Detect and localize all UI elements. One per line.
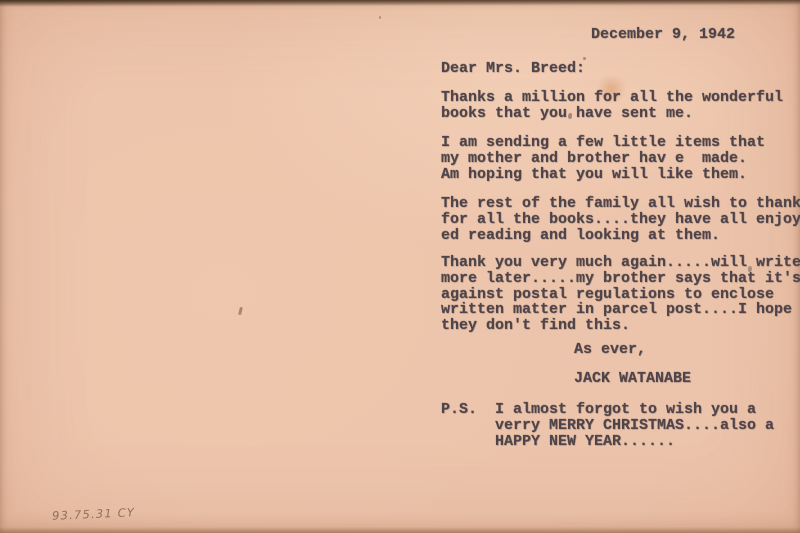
closing: As ever, <box>574 342 646 358</box>
paragraph-thanks: Thanks a million for all the wonderful b… <box>441 90 783 122</box>
salutation: Dear Mrs. Breed: <box>441 61 585 77</box>
paper-fleck <box>238 307 243 315</box>
paragraph-family-thanks: The rest of the family all wish to thank… <box>441 196 800 243</box>
catalog-number: 93.75.31 CY <box>52 505 136 523</box>
paper-top-edge-shadow <box>0 0 800 7</box>
paper-bottom-edge-shadow <box>0 527 800 533</box>
date-line: December 9, 1942 <box>591 27 735 43</box>
paper-speck <box>379 16 381 19</box>
postscript: P.S. I almost forgot to wish you a verry… <box>441 402 774 449</box>
letter-paper: December 9, 1942 Dear Mrs. Breed: Thanks… <box>0 0 800 533</box>
paragraph-postal-regulations: Thank you very much again.....will write… <box>441 255 800 334</box>
signature: JACK WATANABE <box>574 371 691 387</box>
paragraph-sending-items: I am sending a few little items that my … <box>441 135 765 182</box>
